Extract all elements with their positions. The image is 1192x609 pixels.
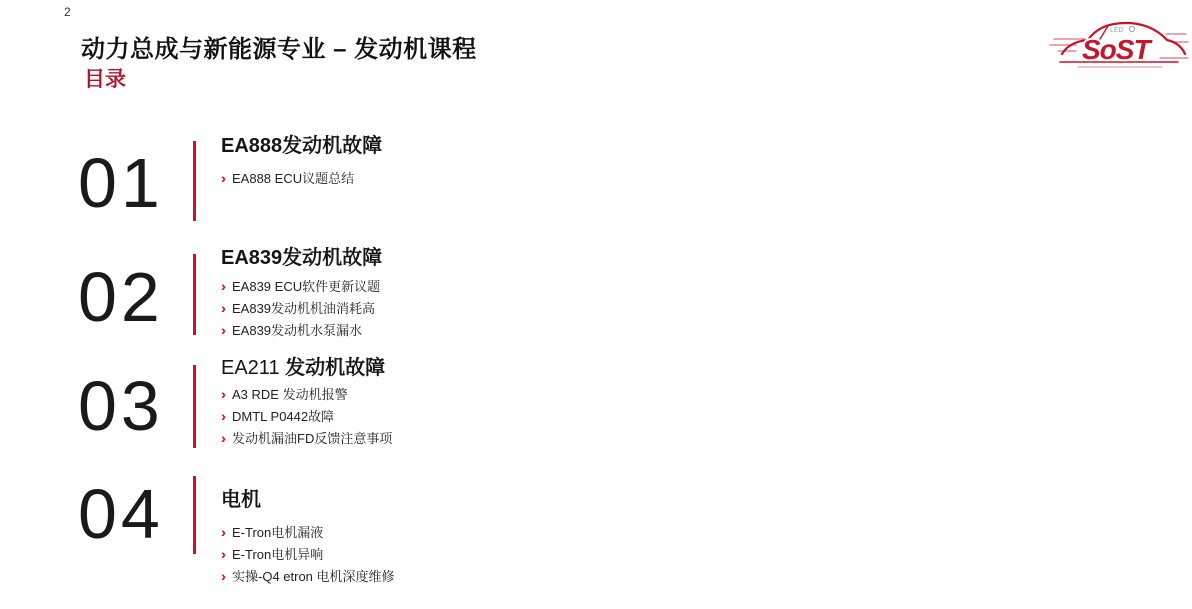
section-item-list: › EA839 ECU软件更新议题 › EA839发动机机油消耗高 › EA83… [221, 276, 382, 342]
section-number: 04 [78, 479, 164, 549]
section-title-part: 电机 [221, 489, 261, 511]
toc-item: › DMTL P0442故障 [221, 406, 392, 428]
toc-item-label: E-Tron电机异响 [232, 544, 323, 566]
slide: 2 动力总成与新能源专业 – 发动机课程 目录 LED SoST 01 EA88… [0, 0, 1192, 609]
section-content: EA839发动机故障 › EA839 ECU软件更新议题 › EA839发动机机… [221, 245, 382, 342]
toc-item: › A3 RDE 发动机报警 [221, 384, 392, 406]
chevron-bullet-icon: › [221, 523, 226, 544]
section-divider-line [193, 141, 196, 221]
toc-item: › EA839 ECU软件更新议题 [221, 276, 382, 298]
chevron-bullet-icon: › [221, 545, 226, 566]
section-title: EA839发动机故障 [221, 245, 382, 272]
toc-item-label: A3 RDE 发动机报警 [232, 384, 348, 406]
toc-item-label: 发动机漏油FD反馈注意事项 [232, 428, 392, 450]
section-number: 01 [78, 148, 164, 218]
section-title-part: EA211 [221, 357, 285, 379]
section-number: 02 [78, 262, 164, 332]
logo-led-label: LED [1110, 27, 1124, 34]
section-content: EA888发动机故障 › EA888 ECU议题总结 [221, 133, 382, 190]
chevron-bullet-icon: › [221, 277, 226, 298]
section-title: EA888发动机故障 [221, 133, 382, 160]
toc-item: › E-Tron电机异响 [221, 544, 395, 566]
section-number: 03 [78, 371, 164, 441]
section-content: EA211 发动机故障 › A3 RDE 发动机报警 › DMTL P0442故… [221, 355, 392, 450]
toc-item: › E-Tron电机漏液 [221, 522, 395, 544]
sost-logo: LED SoST [1048, 12, 1190, 76]
toc-item: › 发动机漏油FD反馈注意事项 [221, 428, 392, 450]
section-title: 电机 [221, 487, 395, 514]
chevron-bullet-icon: › [221, 169, 226, 190]
toc-item: › EA839发动机水泵漏水 [221, 320, 382, 342]
toc-item-label: EA839发动机水泵漏水 [232, 320, 362, 342]
chevron-bullet-icon: › [221, 567, 226, 588]
section-title: EA211 发动机故障 [221, 355, 392, 382]
toc-item-label: EA888 ECU议题总结 [232, 168, 354, 190]
toc-item-label: E-Tron电机漏液 [232, 522, 323, 544]
section-divider-line [193, 254, 196, 335]
slide-title: 动力总成与新能源专业 – 发动机课程 [81, 29, 477, 64]
toc-item: › 实操-Q4 etron 电机深度维修 [221, 566, 395, 588]
logo-wordmark: SoST [1082, 34, 1153, 65]
chevron-bullet-icon: › [221, 407, 226, 428]
toc-item: › EA839发动机机油消耗高 [221, 298, 382, 320]
car-logo-icon: LED SoST [1048, 12, 1190, 76]
section-title-part: EA888发动机故障 [221, 135, 382, 157]
chevron-bullet-icon: › [221, 299, 226, 320]
page-number: 2 [64, 5, 71, 19]
toc-heading: 目录 [84, 63, 126, 93]
section-item-list: › E-Tron电机漏液 › E-Tron电机异响 › 实操-Q4 etron … [221, 522, 395, 588]
section-divider-line [193, 476, 196, 554]
section-divider-line [193, 365, 196, 448]
toc-item: › EA888 ECU议题总结 [221, 168, 382, 190]
section-item-list: › EA888 ECU议题总结 [221, 168, 382, 190]
gear-icon [1129, 26, 1134, 31]
chevron-bullet-icon: › [221, 321, 226, 342]
toc-item-label: DMTL P0442故障 [232, 406, 334, 428]
section-item-list: › A3 RDE 发动机报警 › DMTL P0442故障 › 发动机漏油FD反… [221, 384, 392, 450]
toc-item-label: EA839 ECU软件更新议题 [232, 276, 380, 298]
toc-item-label: EA839发动机机油消耗高 [232, 298, 375, 320]
chevron-bullet-icon: › [221, 385, 226, 406]
toc-item-label: 实操-Q4 etron 电机深度维修 [232, 566, 395, 588]
section-title-part: EA839发动机故障 [221, 247, 382, 269]
chevron-bullet-icon: › [221, 429, 226, 450]
section-title-part: 发动机故障 [285, 357, 385, 379]
section-content: 电机 › E-Tron电机漏液 › E-Tron电机异响 › 实操-Q4 etr… [221, 487, 395, 588]
